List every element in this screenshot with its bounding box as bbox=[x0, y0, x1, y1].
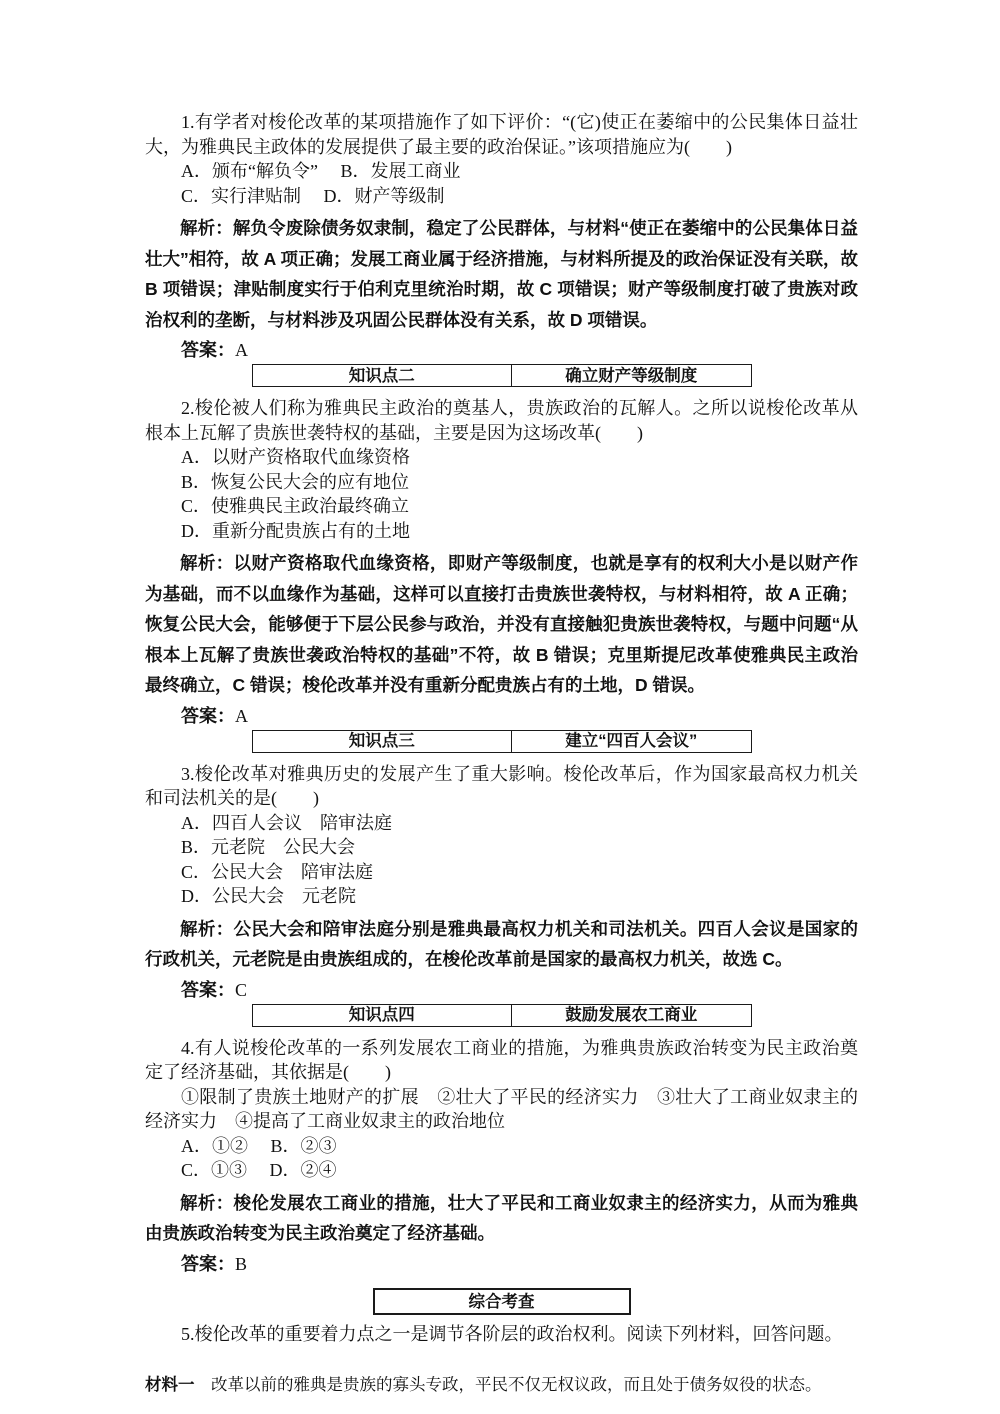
knowledge-point-topic: 建立“四百人会议” bbox=[511, 730, 751, 752]
question-3-stem: 3.梭伦改革对雅典历史的发展产生了重大影响。梭伦改革后，作为国家最高权力机关和司… bbox=[145, 762, 858, 811]
question-block-5: 5.梭伦改革的重要着力点之一是调节各阶层的政治权利。阅读下列材料，回答问题。 bbox=[145, 1322, 858, 1347]
knowledge-point-title: 知识点四 bbox=[252, 1004, 511, 1026]
knowledge-point-table-2: 知识点二 确立财产等级制度 bbox=[252, 364, 752, 387]
question-2-answer: 答案：A bbox=[145, 704, 858, 728]
knowledge-point-topic: 鼓励发展农工商业 bbox=[511, 1004, 751, 1026]
question-block-4: 4.有人说梭伦改革的一系列发展农工商业的措施，为雅典贵族政治转变为民主政治奠定了… bbox=[145, 1036, 858, 1276]
question-3-option-a: A．四百人会议 陪审法庭 bbox=[145, 811, 858, 836]
answer-value: A bbox=[235, 340, 248, 360]
question-2-option-d: D．重新分配贵族占有的土地 bbox=[145, 519, 858, 544]
question-4-options-ab: A．①② B．②③ bbox=[145, 1134, 858, 1159]
question-4-items: ①限制了贵族土地财产的扩展 ②壮大了平民的经济实力 ③壮大了工商业奴隶主的经济实… bbox=[145, 1085, 858, 1134]
section-header-comprehensive: 综合考查 bbox=[373, 1288, 631, 1315]
question-4-options-cd: C．①③ D．②④ bbox=[145, 1158, 858, 1183]
material-one-text: 改革以前的雅典是贵族的寡头专政，平民不仅无权议政，而且处于债务奴役的状态。 bbox=[211, 1376, 822, 1394]
material-one-label: 材料一 bbox=[145, 1376, 195, 1394]
question-2-option-c: C．使雅典民主政治最终确立 bbox=[145, 494, 858, 519]
question-3-analysis: 解析：公民大会和陪审法庭分别是雅典最高权力机关和司法机关。四百人会议是国家的行政… bbox=[145, 914, 858, 975]
question-block-3: 3.梭伦改革对雅典历史的发展产生了重大影响。梭伦改革后，作为国家最高权力机关和司… bbox=[145, 762, 858, 1002]
question-block-1: 1.有学者对梭伦改革的某项措施作了如下评价：“(它)使正在萎缩中的公民集体日益壮… bbox=[145, 110, 858, 362]
question-3-option-b: B．元老院 公民大会 bbox=[145, 835, 858, 860]
knowledge-point-table-4: 知识点四 鼓励发展农工商业 bbox=[252, 1004, 752, 1027]
material-one-paragraph: 材料一 改革以前的雅典是贵族的寡头专政，平民不仅无权议政，而且处于债务奴役的状态… bbox=[145, 1373, 858, 1397]
answer-label: 答案： bbox=[181, 1254, 235, 1274]
material-separator bbox=[195, 1376, 212, 1394]
question-4-analysis: 解析：梭伦发展农工商业的措施，壮大了平民和工商业奴隶主的经济实力，从而为雅典由贵… bbox=[145, 1188, 858, 1249]
question-1-options-ab: A．颁布“解负令” B．发展工商业 bbox=[145, 159, 858, 184]
question-1-answer: 答案：A bbox=[145, 338, 858, 362]
question-3-answer: 答案：C bbox=[145, 978, 858, 1002]
question-5-stem: 5.梭伦改革的重要着力点之一是调节各阶层的政治权利。阅读下列材料，回答问题。 bbox=[145, 1322, 858, 1347]
question-block-2: 2.梭伦被人们称为雅典民主政治的奠基人，贵族政治的瓦解人。之所以说梭伦改革从根本… bbox=[145, 396, 858, 728]
answer-label: 答案： bbox=[181, 706, 235, 726]
knowledge-point-table-3: 知识点三 建立“四百人会议” bbox=[252, 730, 752, 753]
answer-value: A bbox=[235, 706, 248, 726]
answer-value: C bbox=[235, 980, 247, 1000]
answer-value: B bbox=[235, 1254, 247, 1274]
question-1-analysis: 解析：解负令废除债务奴隶制，稳定了公民群体，与材料“使正在萎缩中的公民集体日益壮… bbox=[145, 213, 858, 335]
question-4-stem: 4.有人说梭伦改革的一系列发展农工商业的措施，为雅典贵族政治转变为民主政治奠定了… bbox=[145, 1036, 858, 1085]
document-page: 1.有学者对梭伦改革的某项措施作了如下评价：“(它)使正在萎缩中的公民集体日益壮… bbox=[0, 0, 1000, 1414]
question-4-answer: 答案：B bbox=[145, 1252, 858, 1276]
question-2-option-a: A．以财产资格取代血缘资格 bbox=[145, 445, 858, 470]
knowledge-point-topic: 确立财产等级制度 bbox=[511, 365, 751, 387]
question-2-analysis: 解析：以财产资格取代血缘资格，即财产等级制度，也就是享有的权利大小是以财产作为基… bbox=[145, 548, 858, 701]
question-2-option-b: B．恢复公民大会的应有地位 bbox=[145, 470, 858, 495]
question-3-option-c: C．公民大会 陪审法庭 bbox=[145, 860, 858, 885]
knowledge-point-title: 知识点二 bbox=[252, 365, 511, 387]
question-2-stem: 2.梭伦被人们称为雅典民主政治的奠基人，贵族政治的瓦解人。之所以说梭伦改革从根本… bbox=[145, 396, 858, 445]
question-3-option-d: D．公民大会 元老院 bbox=[145, 884, 858, 909]
knowledge-point-title: 知识点三 bbox=[252, 730, 511, 752]
answer-label: 答案： bbox=[181, 340, 235, 360]
question-1-stem: 1.有学者对梭伦改革的某项措施作了如下评价：“(它)使正在萎缩中的公民集体日益壮… bbox=[145, 110, 858, 159]
answer-label: 答案： bbox=[181, 980, 235, 1000]
question-1-options-cd: C．实行津贴制 D．财产等级制 bbox=[145, 184, 858, 209]
